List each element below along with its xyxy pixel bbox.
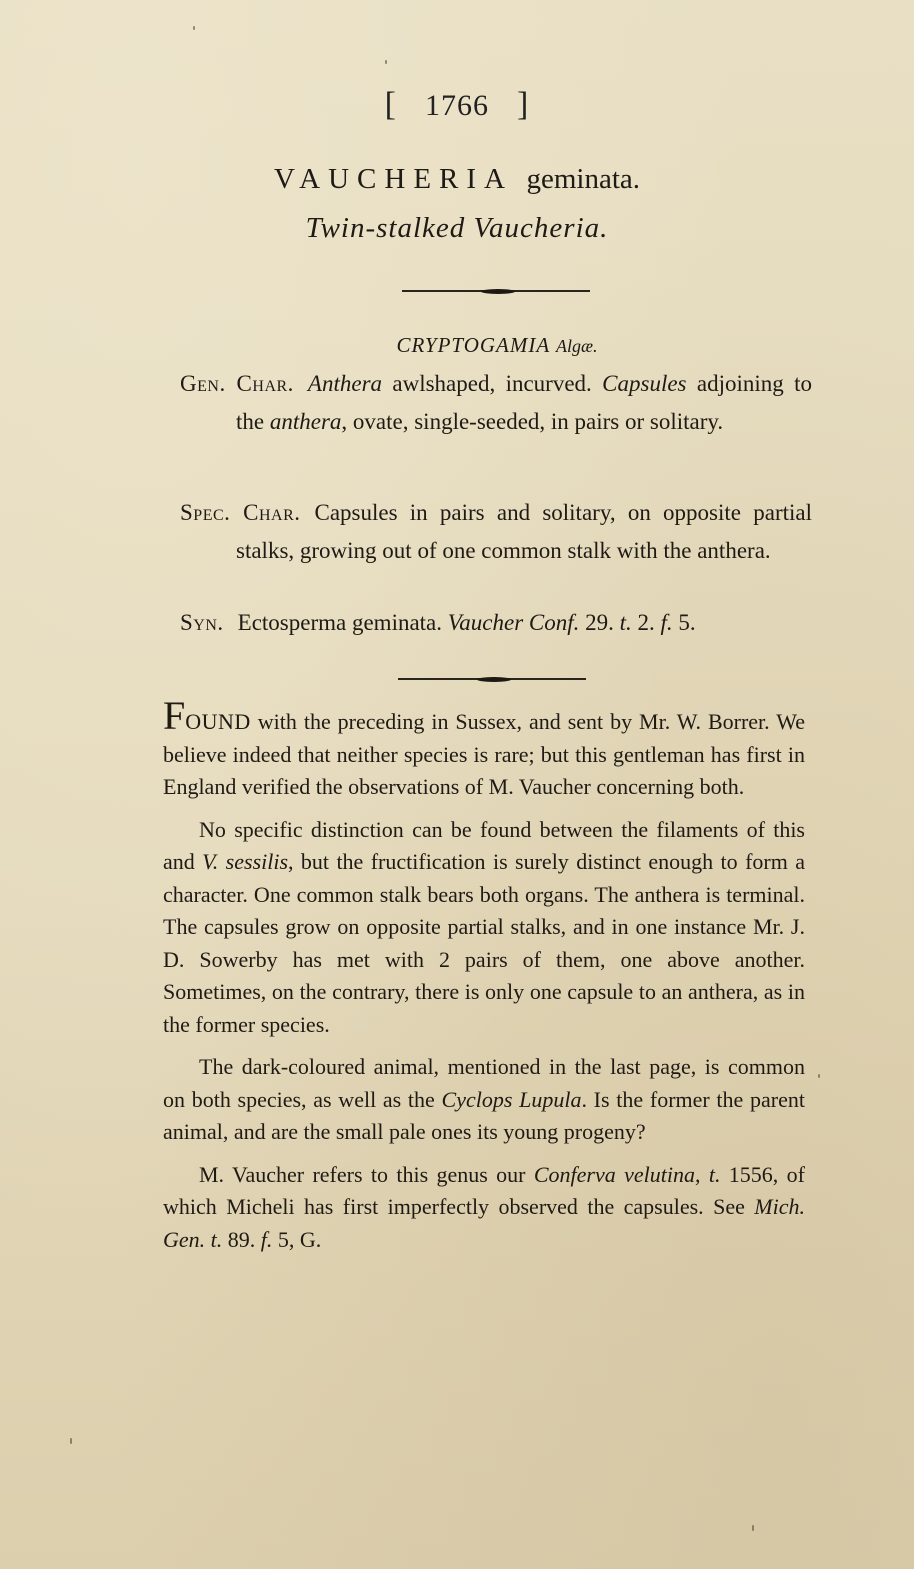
title-genus: VAUCHERIA <box>274 163 513 195</box>
text-run: 89. <box>222 1227 261 1252</box>
paper-speck <box>818 1074 820 1078</box>
paragraph-3: The dark-coloured animal, mentioned in t… <box>163 1051 805 1149</box>
paragraph-1-text: with the preceding in Sussex, and sent b… <box>163 709 805 799</box>
paper-speck <box>385 60 387 64</box>
italic-term: Anthera <box>308 371 382 396</box>
italic-term: f. <box>261 1227 273 1252</box>
specific-character: Spec. Char.Capsules in pairs and solitar… <box>180 494 812 570</box>
italic-term: Conferva velutina <box>534 1162 695 1187</box>
page-title: VAUCHERIA geminata. <box>0 162 914 196</box>
spec-char-label: Spec. Char. <box>180 500 301 525</box>
syn-text: Ectosperma geminata. Vaucher Conf. 29. t… <box>238 610 696 635</box>
paragraph-1: FOUND with the preceding in Sussex, and … <box>163 706 805 804</box>
italic-term: t. <box>620 610 632 635</box>
italic-term: anthera <box>270 409 342 434</box>
gen-char-label: Gen. Char. <box>180 371 294 396</box>
text-run: awlshaped, incurved. <box>382 371 602 396</box>
page-number: [1766] <box>0 86 914 124</box>
italic-term: t. <box>709 1162 721 1187</box>
text-run: 5, G. <box>272 1227 321 1252</box>
book-page: [1766] VAUCHERIA geminata. Twin-stalked … <box>0 0 914 1569</box>
common-name-subtitle: Twin-stalked Vaucheria. <box>0 212 914 245</box>
paragraph-2: No specific distinction can be found bet… <box>163 814 805 1042</box>
paper-speck <box>193 26 195 30</box>
text-run: 2. <box>632 610 661 635</box>
drop-cap: F <box>163 693 185 738</box>
italic-term: Cyclops Lupula <box>442 1087 582 1112</box>
text-run: 5. <box>673 610 696 635</box>
italic-term: f. <box>661 610 673 635</box>
paper-speck <box>752 1525 754 1531</box>
description-body: FOUND with the preceding in Sussex, and … <box>163 706 805 1266</box>
text-run: , ovate, single-seeded, in pairs or soli… <box>341 409 723 434</box>
italic-term: V. sessilis <box>202 849 288 874</box>
text-run: 29. <box>579 610 619 635</box>
text-run: Ectosperma geminata. <box>238 610 448 635</box>
text-run: , <box>695 1162 709 1187</box>
spec-char-text: Capsules in pairs and solitary, on oppos… <box>236 500 812 563</box>
paper-speck <box>70 1438 72 1444</box>
syn-label: Syn. <box>180 610 224 635</box>
title-species: geminata. <box>527 163 641 195</box>
bracket-open: [ <box>385 86 397 123</box>
text-run: M. Vaucher refers to this genus our <box>199 1162 534 1187</box>
small-caps-lead: OUND <box>185 709 251 734</box>
bracket-close: ] <box>517 86 529 123</box>
classification-order: Algæ. <box>556 336 598 356</box>
italic-term: Vaucher Conf. <box>448 610 580 635</box>
generic-character: Gen. Char.Anthera awlshaped, incurved. C… <box>180 365 812 441</box>
italic-term: Capsules <box>602 371 686 396</box>
classification-heading: CRYPTOGAMIA Algæ. <box>0 333 914 358</box>
page-number-value: 1766 <box>425 89 489 122</box>
paragraph-4: M. Vaucher refers to this genus our Conf… <box>163 1159 805 1257</box>
ornamental-divider <box>398 678 586 680</box>
classification-class: CRYPTOGAMIA <box>396 333 549 357</box>
ornamental-divider <box>402 290 590 292</box>
text-run: , but the fructification is surely disti… <box>163 849 805 1037</box>
gen-char-text: Anthera awlshaped, incurved. Capsules ad… <box>236 371 812 434</box>
synonym: Syn.Ectosperma geminata. Vaucher Conf. 2… <box>180 604 812 642</box>
